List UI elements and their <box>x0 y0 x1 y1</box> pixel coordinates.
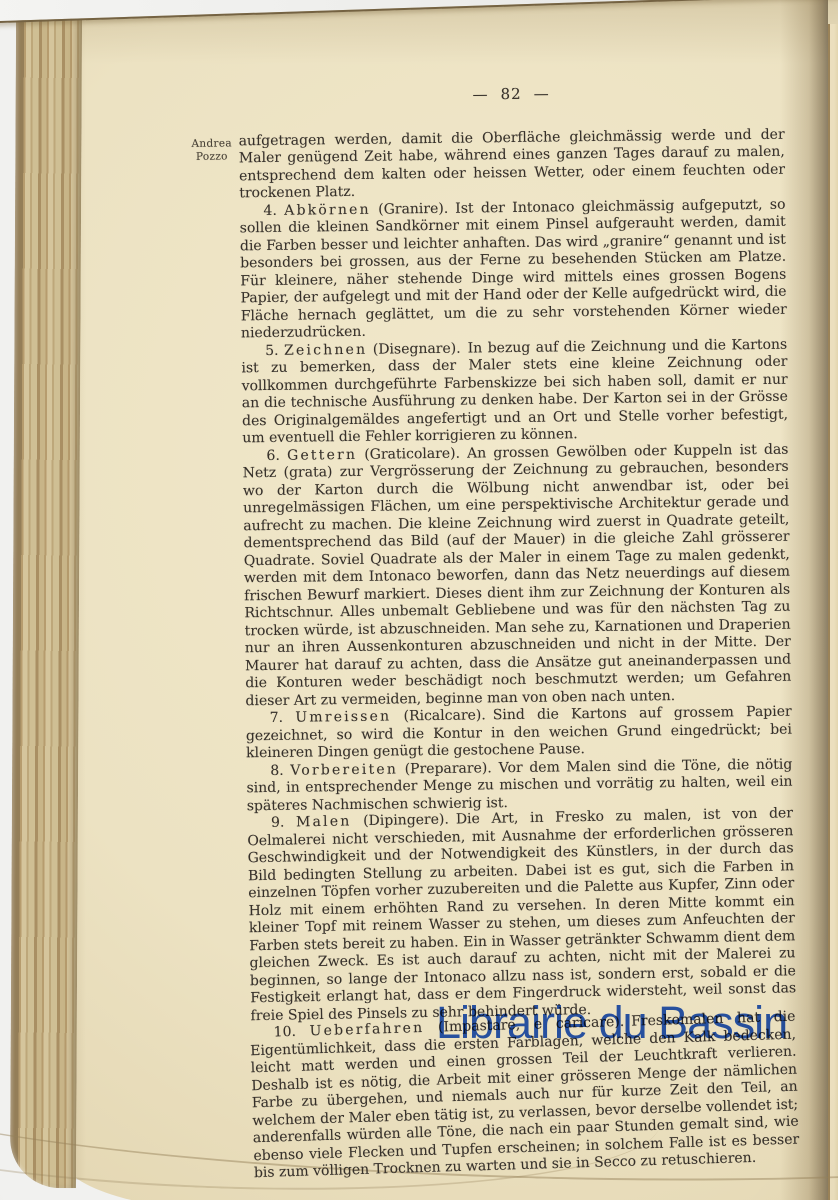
item-translation: (Ricalcare). <box>391 707 493 724</box>
item-number: 9. <box>271 814 296 830</box>
paragraph-continuation: aufgetragen werden, damit die Oberfläche… <box>239 126 786 203</box>
paragraph-item-5: 5. Zeichnen (Disegnare). In bezug auf di… <box>241 336 788 448</box>
paragraph-item-4: 4. Abkörnen (Granire). Ist der Intonaco … <box>239 196 787 343</box>
item-number: 4. <box>263 202 284 218</box>
item-term: Malen <box>296 813 352 830</box>
item-translation: (Granire). <box>371 200 456 217</box>
item-term: Gettern <box>287 446 357 463</box>
item-number: 7. <box>270 710 296 726</box>
item-translation: (Graticolare). <box>357 445 467 462</box>
paragraph-item-6: 6. Gettern (Graticolare). An grossen Gew… <box>242 441 791 710</box>
item-number: 5. <box>265 342 284 358</box>
margin-note-line2: Pozzo <box>183 150 241 163</box>
page-number-dash-left: — <box>472 85 488 103</box>
item-term: Vorbereiten <box>290 761 398 778</box>
book-photo: —82— Andrea Pozzo aufgetragen werden, da… <box>0 0 838 1200</box>
item-number: 8. <box>270 762 290 778</box>
margin-note-author: Andrea Pozzo <box>183 137 241 163</box>
paragraph-item-7: 7. Umreissen (Ricalcare). Sind die Karto… <box>246 704 793 763</box>
item-term: Umreissen <box>295 709 391 726</box>
item-number: 10. <box>273 1023 309 1040</box>
item-translation: (Disegnare). <box>367 340 468 357</box>
page-number-dash-right: — <box>534 85 550 103</box>
item-term: Zeichnen <box>284 341 367 358</box>
item-term: Ueberfahren <box>309 1020 424 1039</box>
item-number: 6. <box>266 447 287 463</box>
page-stack-left-edge <box>10 18 82 1188</box>
watermark-text: Librairie du Bassin <box>436 1000 787 1045</box>
item-translation: (Dipingere). <box>351 811 456 829</box>
item-translation: (Preparare). <box>398 760 499 777</box>
paragraph-item-9: 9. Malen (Dipingere). Die Art, in Fresko… <box>247 805 797 1025</box>
page-number-value: 82 <box>500 85 521 103</box>
facing-page-sliver <box>828 24 838 1200</box>
item-term: Abkörnen <box>284 201 371 218</box>
margin-note-line1: Andrea <box>183 137 241 150</box>
